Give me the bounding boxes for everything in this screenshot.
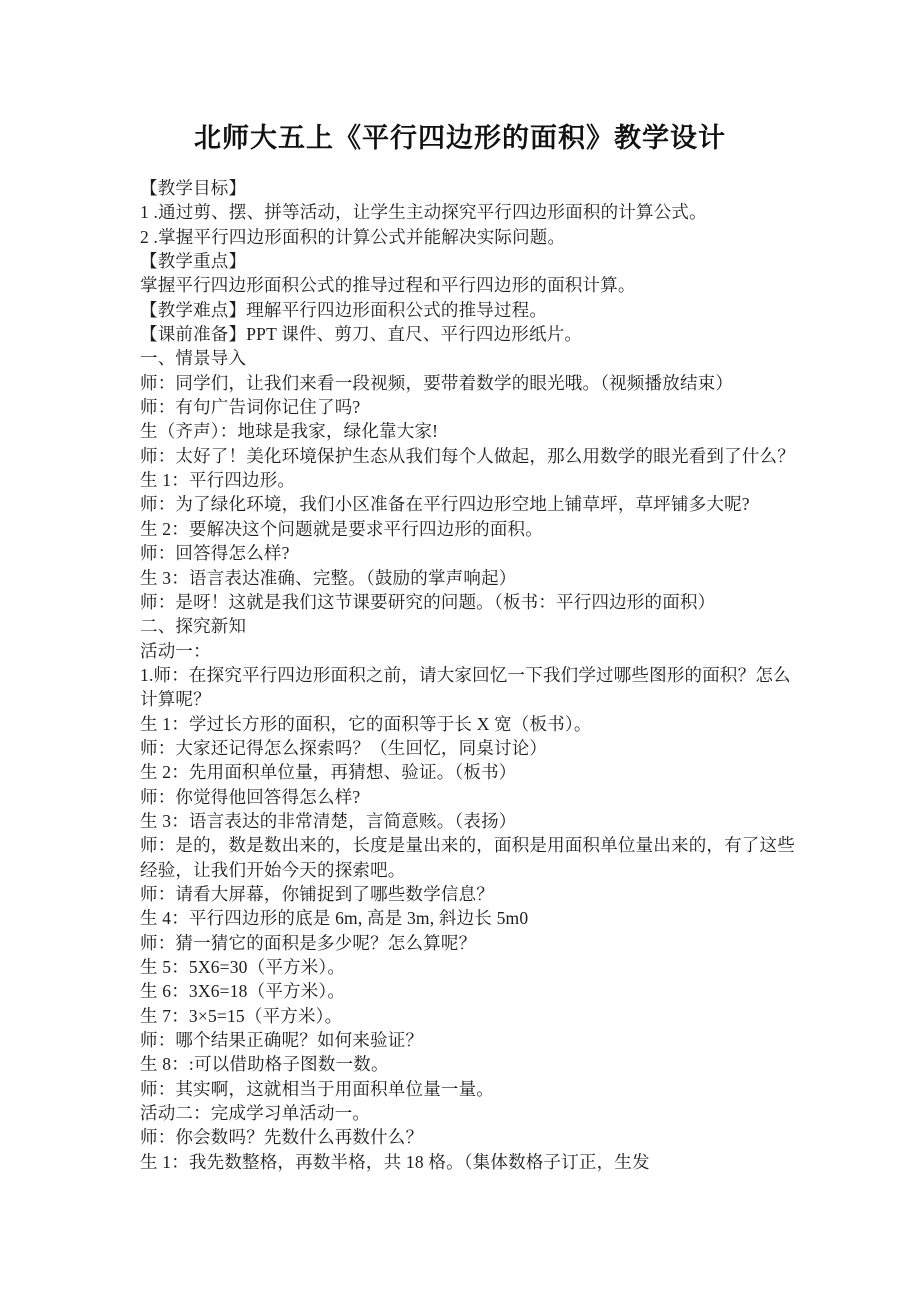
text-line-38: 师：其实啊，这就相当于用面积单位量一量。 [140,1077,812,1101]
text-line-22: 计算呢？ [140,687,812,711]
text-line-20: 活动一： [140,639,812,663]
text-line-32: 师：猜一猜它的面积是多少呢？怎么算呢？ [140,931,812,955]
text-line-40: 师：你会数吗？先数什么再数什么？ [140,1125,812,1149]
text-line-12: 师：太好了！美化环境保护生态从我们每个人做起，那么用数学的眼光看到了什么？ [140,444,812,468]
document-body: 【教学目标】1 .通过剪、摆、拼等活动，让学生主动探究平行四边形面积的计算公式。… [140,176,812,1174]
text-line-1: 【教学目标】 [140,176,812,200]
text-line-3: 2 .掌握平行四边形面积的计算公式并能解决实际问题。 [140,225,812,249]
text-line-8: 一、情景导入 [140,346,812,370]
text-line-15: 生 2：要解决这个问题就是要求平行四边形的面积。 [140,517,812,541]
text-line-35: 生 7：3×5=15（平方米）。 [140,1004,812,1028]
text-line-2: 1 .通过剪、摆、拼等活动，让学生主动探究平行四边形面积的计算公式。 [140,200,812,224]
text-line-21: 1.师：在探究平行四边形面积之前，请大家回忆一下我们学过哪些图形的面积？怎么 [140,663,812,687]
text-line-13: 生 1：平行四边形。 [140,468,812,492]
text-line-23: 生 1：学过长方形的面积，它的面积等于长 X 宽（板书）。 [140,712,812,736]
text-line-27: 生 3：语言表达的非常清楚，言简意赅。（表扬） [140,809,812,833]
document-title: 北师大五上《平行四边形的面积》教学设计 [0,116,920,155]
text-line-28: 师：是的，数是数出来的，长度是量出来的，面积是用面积单位量出来的，有了这些 [140,833,812,857]
text-line-39: 活动二：完成学习单活动一。 [140,1101,812,1125]
text-line-9: 师：同学们，让我们来看一段视频，要带着数学的眼光哦。（视频播放结束） [140,371,812,395]
text-line-19: 二、探究新知 [140,614,812,638]
text-line-24: 师：大家还记得怎么探索吗？（生回忆，同桌讨论） [140,736,812,760]
text-line-37: 生 8：:可以借助格子图数一数。 [140,1052,812,1076]
text-line-31: 生 4：平行四边形的底是 6m, 高是 3m, 斜边长 5m0 [140,906,812,930]
text-line-10: 师：有句广告词你记住了吗? [140,395,812,419]
text-line-18: 师：是呀！这就是我们这节课要研究的问题。（板书：平行四边形的面积） [140,590,812,614]
text-line-29: 经验，让我们开始今天的探索吧。 [140,858,812,882]
text-line-41: 生 1：我先数整格，再数半格，共 18 格。（集体数格子订正，生发 [140,1150,812,1174]
document-page: 北师大五上《平行四边形的面积》教学设计 【教学目标】1 .通过剪、摆、拼等活动，… [0,0,920,1301]
text-line-11: 生（齐声）：地球是我家，绿化靠大家! [140,419,812,443]
text-line-16: 师：回答得怎么样? [140,541,812,565]
text-line-25: 生 2：先用面积单位量，再猜想、验证。（板书） [140,760,812,784]
text-line-14: 师：为了绿化环境，我们小区准备在平行四边形空地上铺草坪，草坪铺多大呢? [140,492,812,516]
text-line-4: 【教学重点】 [140,249,812,273]
text-line-34: 生 6：3X6=18（平方米）。 [140,979,812,1003]
text-line-17: 生 3：语言表达准确、完整。（鼓励的掌声响起） [140,566,812,590]
text-line-36: 师：哪个结果正确呢？如何来验证？ [140,1028,812,1052]
text-line-6: 【教学难点】理解平行四边形面积公式的推导过程。 [140,298,812,322]
text-line-26: 师：你觉得他回答得怎么样? [140,785,812,809]
text-line-33: 生 5：5X6=30（平方米）。 [140,955,812,979]
text-line-30: 师：请看大屏幕，你铺捉到了哪些数学信息？ [140,882,812,906]
text-line-5: 掌握平行四边形面积公式的推导过程和平行四边形的面积计算。 [140,273,812,297]
text-line-7: 【课前准备】PPT 课件、剪刀、直尺、平行四边形纸片。 [140,322,812,346]
